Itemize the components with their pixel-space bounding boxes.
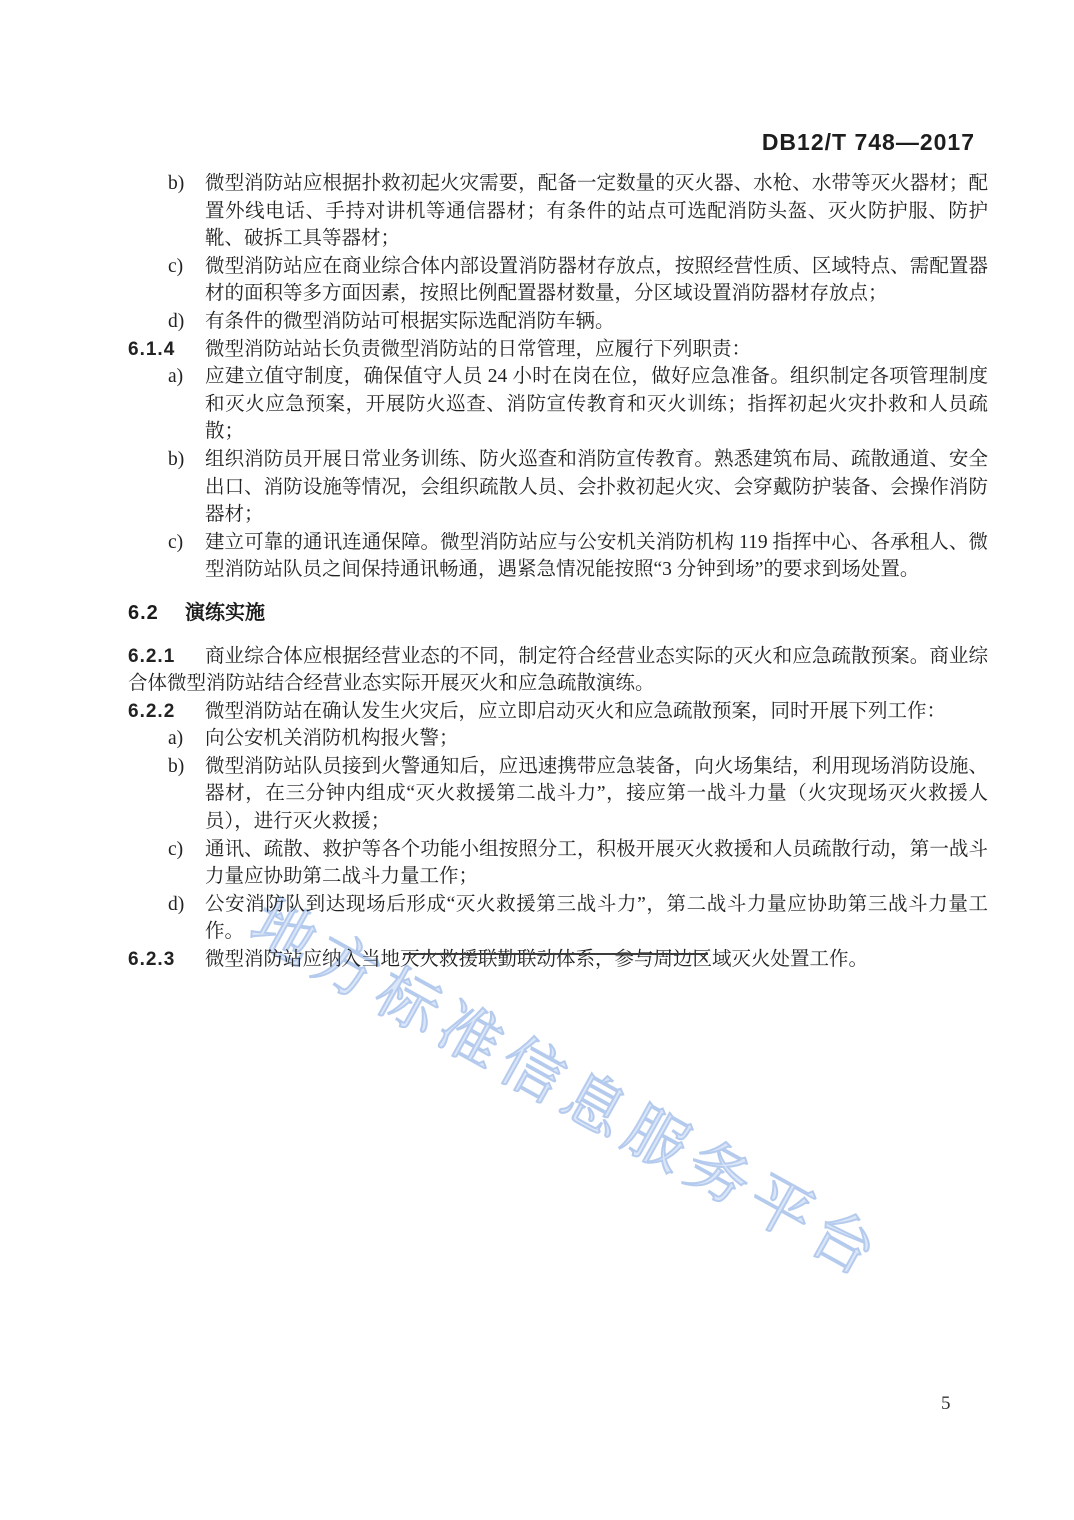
clause-number: 6.1.4 bbox=[128, 336, 205, 364]
clause-6-2-2: 6.2.2微型消防站在确认发生火灾后，应立即启动灭火和应急疏散预案，同时开展下列… bbox=[128, 698, 988, 726]
list-item-label: c) bbox=[168, 836, 183, 864]
clause-number: 6.2.2 bbox=[128, 698, 205, 726]
clause-text: 微型消防站在确认发生火灾后，应立即启动灭火和应急疏散预案，同时开展下列工作： bbox=[205, 701, 946, 722]
list-item-text: 向公安机关消防机构报火警； bbox=[205, 728, 459, 749]
section-heading-6-2: 6.2演练实施 bbox=[128, 600, 988, 628]
list-item-c2: c) 建立可靠的通讯连通保障。微型消防站应与公安机关消防机构 119 指挥中心、… bbox=[128, 529, 988, 584]
clause-6-2-1: 6.2.1商业综合体应根据经营业态的不同，制定符合经营业态实际的灭火和应急疏散预… bbox=[128, 643, 988, 698]
list-item-c1: c) 微型消防站应在商业综合体内部设置消防器材存放点，按照经营性质、区域特点、需… bbox=[128, 253, 988, 308]
list-item-a3: a) 向公安机关消防机构报火警； bbox=[128, 725, 988, 753]
clause-text: 商业综合体应根据经营业态的不同，制定符合经营业态实际的灭火和应急疏散预案。商业综… bbox=[128, 646, 988, 695]
clause-text: 微型消防站站长负责微型消防站的日常管理，应履行下列职责： bbox=[205, 339, 751, 360]
list-item-label: b) bbox=[168, 446, 184, 474]
list-item-label: c) bbox=[168, 529, 183, 557]
section-title: 演练实施 bbox=[185, 602, 265, 624]
list-item-label: a) bbox=[168, 725, 183, 753]
list-item-b2: b) 组织消防员开展日常业务训练、防火巡查和消防宣传教育。熟悉建筑布局、疏散通道… bbox=[128, 446, 988, 529]
list-item-text: 微型消防站应根据扑救初起火灾需要，配备一定数量的灭火器、水枪、水带等灭火器材；配… bbox=[205, 173, 988, 249]
clause-6-2-3: 6.2.3微型消防站应纳入当地灭火救援联勤联动体系，参与周边区域灭火处置工作。 bbox=[128, 946, 988, 974]
list-item-d3: d) 公安消防队到达现场后形成“灭火救援第三战斗力”，第二战斗力量应协助第三战斗… bbox=[128, 891, 988, 946]
list-item-text: 公安消防队到达现场后形成“灭火救援第三战斗力”，第二战斗力量应协助第三战斗力量工… bbox=[205, 894, 988, 943]
list-item-label: a) bbox=[168, 363, 183, 391]
end-of-text-rule bbox=[403, 953, 708, 955]
list-item-label: b) bbox=[168, 170, 184, 198]
list-item-label: c) bbox=[168, 253, 183, 281]
list-item-c3: c) 通讯、疏散、救护等各个功能小组按照分工，积极开展灭火救援和人员疏散行动，第… bbox=[128, 836, 988, 891]
document-body: b) 微型消防站应根据扑救初起火灾需要，配备一定数量的灭火器、水枪、水带等灭火器… bbox=[128, 170, 988, 974]
list-item-label: d) bbox=[168, 308, 184, 336]
list-item-text: 微型消防站队员接到火警通知后，应迅速携带应急装备，向火场集结，利用现场消防设施、… bbox=[205, 756, 988, 832]
section-number: 6.2 bbox=[128, 600, 185, 628]
document-page: DB12/T 748—2017 地方标准信息服务平台 b) 微型消防站应根据扑救… bbox=[0, 0, 1074, 1520]
list-item-text: 应建立值守制度，确保值守人员 24 小时在岗在位，做好应急准备。组织制定各项管理… bbox=[205, 366, 988, 442]
list-item-text: 通讯、疏散、救护等各个功能小组按照分工，积极开展灭火救援和人员疏散行动，第一战斗… bbox=[205, 839, 988, 888]
list-item-label: d) bbox=[168, 891, 184, 919]
clause-6-1-4: 6.1.4微型消防站站长负责微型消防站的日常管理，应履行下列职责： bbox=[128, 336, 988, 364]
clause-number: 6.2.1 bbox=[128, 643, 205, 671]
list-item-text: 有条件的微型消防站可根据实际选配消防车辆。 bbox=[205, 311, 615, 332]
standard-code-header: DB12/T 748—2017 bbox=[762, 129, 975, 156]
list-item-a2: a) 应建立值守制度，确保值守人员 24 小时在岗在位，做好应急准备。组织制定各… bbox=[128, 363, 988, 446]
list-item-b3: b) 微型消防站队员接到火警通知后，应迅速携带应急装备，向火场集结，利用现场消防… bbox=[128, 753, 988, 836]
clause-number: 6.2.3 bbox=[128, 946, 205, 974]
list-item-text: 微型消防站应在商业综合体内部设置消防器材存放点，按照经营性质、区域特点、需配置器… bbox=[205, 256, 988, 305]
list-item-text: 建立可靠的通讯连通保障。微型消防站应与公安机关消防机构 119 指挥中心、各承租… bbox=[205, 532, 988, 581]
list-item-d1: d) 有条件的微型消防站可根据实际选配消防车辆。 bbox=[128, 308, 988, 336]
list-item-label: b) bbox=[168, 753, 184, 781]
list-item-text: 组织消防员开展日常业务训练、防火巡查和消防宣传教育。熟悉建筑布局、疏散通道、安全… bbox=[205, 449, 988, 525]
list-item-b1: b) 微型消防站应根据扑救初起火灾需要，配备一定数量的灭火器、水枪、水带等灭火器… bbox=[128, 170, 988, 253]
page-number: 5 bbox=[941, 1393, 951, 1415]
